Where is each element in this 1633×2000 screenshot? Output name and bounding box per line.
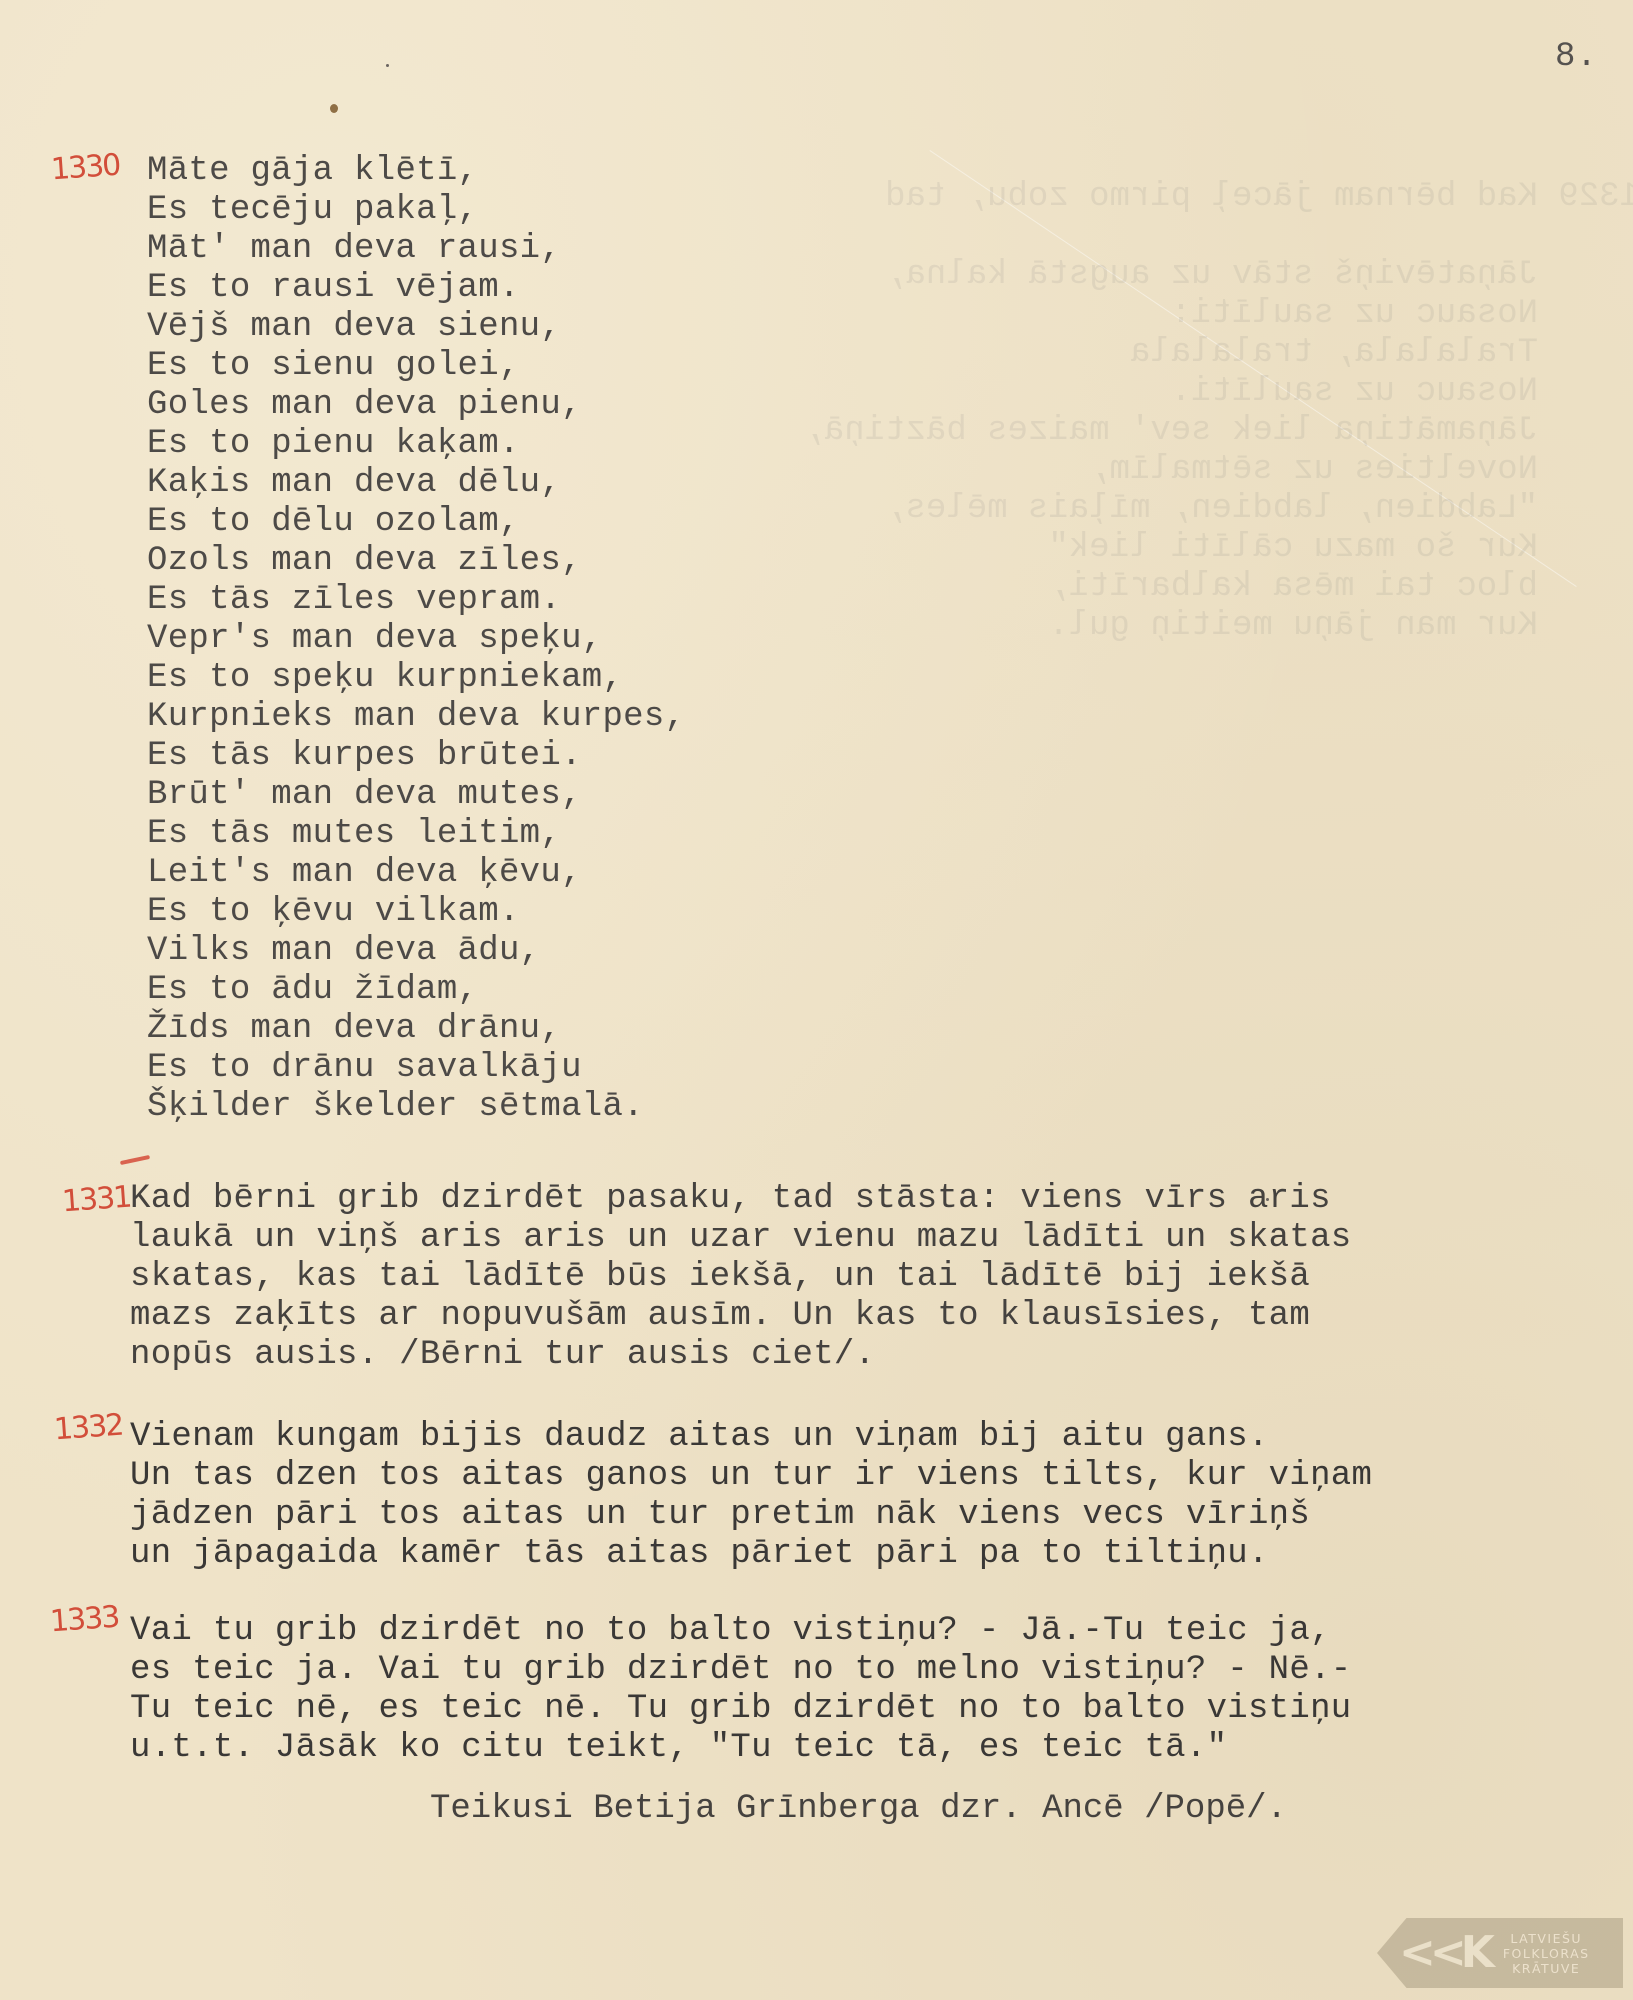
- text-line: Ozols man deva zīles,: [147, 542, 685, 581]
- red-pencil-mark: [120, 1155, 150, 1165]
- entry-number-annotation: 1330: [50, 148, 121, 188]
- text-line: Es to drānu savalkāju: [147, 1049, 685, 1088]
- tale-text: Vai tu grib dzirdēt no to balto vistiņu?…: [130, 1612, 1352, 1768]
- tale-text: Vienam kungam bijis daudz aitas un viņam…: [130, 1418, 1372, 1574]
- text-line: Es to sienu golei,: [147, 347, 685, 386]
- text-line: Es tās kurpes brūtei.: [147, 737, 685, 776]
- text-line: Un tas dzen tos aitas ganos un tur ir vi…: [130, 1457, 1372, 1496]
- entry-number-annotation: 1331: [61, 1180, 132, 1220]
- entry-number-annotation: 1333: [49, 1600, 120, 1640]
- ink-speck: [386, 64, 389, 67]
- page-number: 8.: [1555, 38, 1598, 76]
- text-line: Kad bērni grib dzirdēt pasaku, tad stāst…: [130, 1180, 1352, 1219]
- text-line: Es tās zīles vepram.: [147, 581, 685, 620]
- text-line: Kaķis man deva dēlu,: [147, 464, 685, 503]
- text-line: u.t.t. Jāsāk ko citu teikt, "Tu teic tā,…: [130, 1729, 1352, 1768]
- folklore-entry-1333: 1333 Vai tu grib dzirdēt no to balto vis…: [130, 1612, 1352, 1768]
- entry-number-annotation: 1332: [53, 1408, 124, 1448]
- text-line: Šķilder škelder sētmalā.: [147, 1088, 685, 1127]
- watermark-line: LATVIEŠU: [1503, 1931, 1590, 1946]
- text-line: mazs zaķīts ar nopuvušām ausīm. Un kas t…: [130, 1297, 1352, 1336]
- lfk-logo-icon: <<K: [1399, 1918, 1489, 1988]
- text-line: Žīds man deva drānu,: [147, 1010, 685, 1049]
- text-line: Vai tu grib dzirdēt no to balto vistiņu?…: [130, 1612, 1352, 1651]
- text-line: Vepr's man deva speķu,: [147, 620, 685, 659]
- text-line: Vienam kungam bijis daudz aitas un viņam…: [130, 1418, 1372, 1457]
- watermark-line: FOLKLORAS: [1503, 1946, 1590, 1961]
- informant-signature: Teikusi Betija Grīnberga dzr. Ancē /Popē…: [430, 1790, 1287, 1828]
- text-line: un jāpagaida kamēr tās aitas pāriet pāri…: [130, 1535, 1372, 1574]
- paper-fold-crease: [929, 150, 1576, 587]
- text-line: es teic ja. Vai tu grib dzirdēt no to me…: [130, 1651, 1352, 1690]
- text-line: laukā un viņš aris aris un uzar vienu ma…: [130, 1219, 1352, 1258]
- text-line: Brūt' man deva mutes,: [147, 776, 685, 815]
- text-line: Es to dēlu ozolam,: [147, 503, 685, 542]
- text-line: Goles man deva pienu,: [147, 386, 685, 425]
- watermark-line: KRĀTUVE: [1503, 1961, 1590, 1976]
- text-line: Es to ķēvu vilkam.: [147, 893, 685, 932]
- archive-watermark-logo: <<K LATVIEŠU FOLKLORAS KRĀTUVE: [1377, 1918, 1623, 1988]
- text-line: Māt' man deva rausi,: [147, 230, 685, 269]
- text-line: Es to speķu kurpniekam,: [147, 659, 685, 698]
- poem-text: Māte gāja klētī,Es tecēju pakaļ,Māt' man…: [147, 152, 685, 1127]
- watermark-text: LATVIEŠU FOLKLORAS KRĀTUVE: [1503, 1931, 1590, 1976]
- text-line: jādzen pāri tos aitas un tur pretim nāk …: [130, 1496, 1372, 1535]
- text-line: Kurpnieks man deva kurpes,: [147, 698, 685, 737]
- reverse-side-bleed-through: 1329 Kad bērnam jāceļ pirmo zobu, tad Jā…: [803, 178, 1633, 646]
- text-line: Vējš man deva sienu,: [147, 308, 685, 347]
- tale-text: Kad bērni grib dzirdēt pasaku, tad stāst…: [130, 1180, 1352, 1375]
- folklore-entry-1330: 1330 Māte gāja klētī,Es tecēju pakaļ,Māt…: [147, 152, 685, 1127]
- text-line: Māte gāja klētī,: [147, 152, 685, 191]
- text-line: Es to pienu kaķam.: [147, 425, 685, 464]
- text-line: Es tecēju pakaļ,: [147, 191, 685, 230]
- text-line: Es to rausi vējam.: [147, 269, 685, 308]
- text-line: Vilks man deva ādu,: [147, 932, 685, 971]
- text-line: skatas, kas tai lādītē būs iekšā, un tai…: [130, 1258, 1352, 1297]
- text-line: Tu teic nē, es teic nē. Tu grib dzirdēt …: [130, 1690, 1352, 1729]
- text-line: nopūs ausis. /Bērni tur ausis ciet/.: [130, 1336, 1352, 1375]
- ink-speck: [330, 104, 338, 113]
- text-line: Leit's man deva ķēvu,: [147, 854, 685, 893]
- text-line: Es to ādu žīdam,: [147, 971, 685, 1010]
- text-line: Es tās mutes leitim,: [147, 815, 685, 854]
- folklore-entry-1331: 1331 Kad bērni grib dzirdēt pasaku, tad …: [130, 1180, 1352, 1375]
- folklore-entry-1332: 1332 Vienam kungam bijis daudz aitas un …: [130, 1418, 1372, 1574]
